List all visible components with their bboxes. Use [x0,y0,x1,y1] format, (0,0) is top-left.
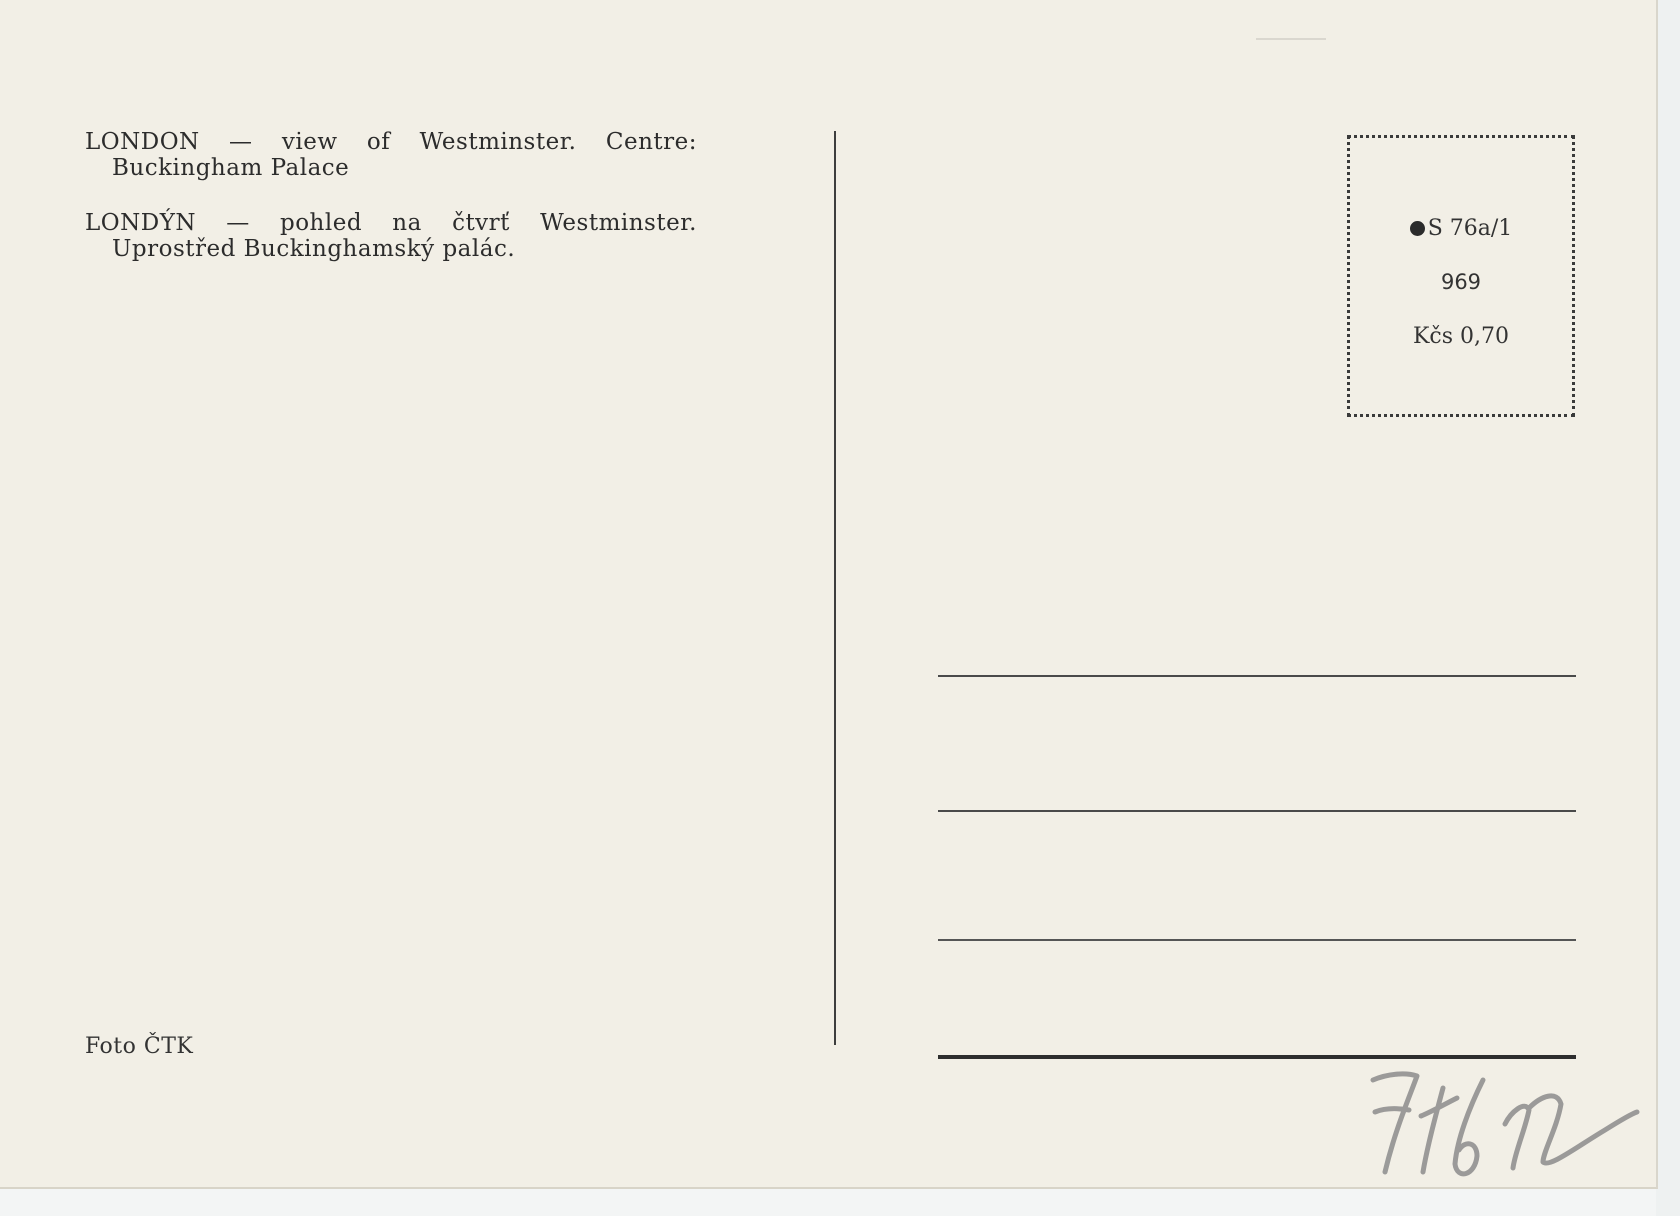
address-line-3 [938,939,1576,941]
caption-word: — [226,210,250,236]
caption-word: — [229,129,253,155]
caption-word: LONDÝN [85,210,196,236]
address-line-1 [938,675,1576,677]
caption-english-line2: Buckingham Palace [85,155,697,181]
caption-word: LONDON [85,129,200,155]
stamp-number: 969 [1350,270,1572,294]
center-divider [834,131,836,1045]
caption-english: LONDON — view of Westminster. Centre: Bu… [85,129,697,181]
photo-credit: Foto ČTK [85,1034,193,1059]
caption-word: view [282,129,338,155]
stamp-code: S 76a/1 [1350,216,1572,241]
caption-word: Westminster. [540,210,697,236]
stamp-box: S 76a/1 969 Kčs 0,70 [1347,135,1575,417]
address-line-2 [938,810,1576,812]
caption-word: Centre: [606,129,697,155]
bullet-dot-icon [1410,221,1425,236]
scan-backdrop [1656,0,1680,1216]
stamp-code-text: S 76a/1 [1428,216,1513,241]
caption-word: pohled [280,210,362,236]
caption-word: of [367,129,390,155]
smudge-mark [1256,38,1326,40]
caption-word: na [392,210,422,236]
pencil-handwriting-icon [1365,1068,1645,1188]
stamp-price: Kčs 0,70 [1350,324,1572,349]
address-line-4 [938,1055,1576,1059]
postcard-back: LONDON — view of Westminster. Centre: Bu… [0,0,1658,1189]
caption-word: čtvrť [452,210,510,236]
caption-czech-line2: Uprostřed Buckinghamský palác. [85,236,697,262]
caption-czech-line1: LONDÝN — pohled na čtvrť Westminster. [85,210,697,236]
caption-word: Westminster. [420,129,577,155]
caption-english-line1: LONDON — view of Westminster. Centre: [85,129,697,155]
caption-czech: LONDÝN — pohled na čtvrť Westminster. Up… [85,210,697,262]
